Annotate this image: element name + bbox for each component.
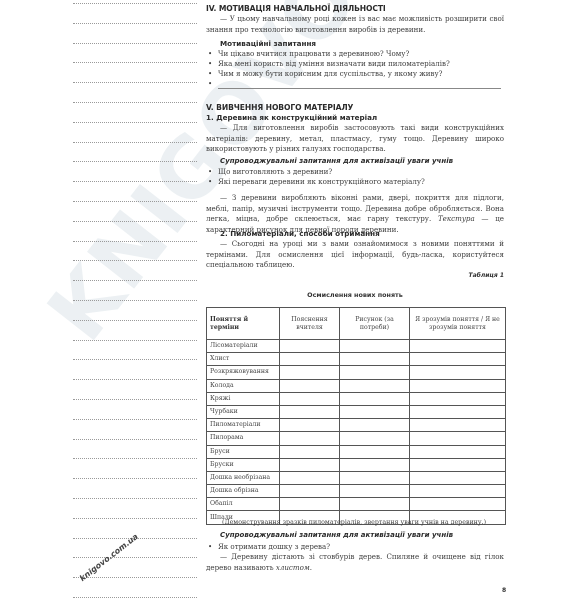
note-line[interactable] — [73, 458, 197, 459]
term-cell: Лісоматеріали — [207, 340, 280, 353]
note-line[interactable] — [73, 142, 197, 143]
understood-cell[interactable] — [410, 498, 506, 511]
explanation-cell[interactable] — [280, 353, 340, 366]
table-row: Лісоматеріали — [207, 340, 506, 353]
note-line[interactable] — [73, 577, 197, 578]
term-cell: Бруси — [207, 445, 280, 458]
note-line[interactable] — [73, 518, 197, 519]
explanation-cell[interactable] — [280, 366, 340, 379]
drawing-cell[interactable] — [340, 366, 410, 379]
note-line[interactable] — [73, 181, 197, 182]
note-line[interactable] — [73, 201, 197, 202]
drawing-cell[interactable] — [340, 379, 410, 392]
table-row: Чурбаки — [207, 405, 506, 418]
understood-cell[interactable] — [410, 458, 506, 471]
explanation-cell[interactable] — [280, 379, 340, 392]
explanation-cell[interactable] — [280, 419, 340, 432]
note-line[interactable] — [73, 221, 197, 222]
explanation-cell[interactable] — [280, 458, 340, 471]
guide-questions-heading: Супроводжувальні запитання для активізац… — [220, 157, 453, 165]
bullet-icon: • — [206, 167, 218, 177]
section-v-heading: V. ВИВЧЕННЯ НОВОГО МАТЕРІАЛУ — [206, 103, 353, 112]
column-header: Я зрозумів поняття / Я не зрозумів понят… — [410, 308, 506, 340]
bullet-icon: • — [206, 59, 218, 69]
note-line[interactable] — [73, 102, 197, 103]
term-cell: Розкряжовування — [207, 366, 280, 379]
term-cell: Пилорама — [207, 432, 280, 445]
drawing-cell[interactable] — [340, 405, 410, 418]
bullet-icon: • — [206, 49, 218, 59]
understood-cell[interactable] — [410, 405, 506, 418]
drawing-cell[interactable] — [340, 353, 410, 366]
question-text: Як отримати дошку з дерева? — [218, 542, 330, 551]
term-cell: Кряжі — [207, 392, 280, 405]
table-row: Обапіл — [207, 498, 506, 511]
understood-cell[interactable] — [410, 340, 506, 353]
note-line[interactable] — [73, 419, 197, 420]
term-cell: Обапіл — [207, 498, 280, 511]
column-header: Поняття й терміни — [207, 308, 280, 340]
question-text: Яка мені користь від уміння визначати ви… — [218, 59, 450, 68]
question-text: Які переваги деревини як конструкційного… — [218, 177, 425, 186]
table-row: Дошка обрізна — [207, 485, 506, 498]
table-row: Колода — [207, 379, 506, 392]
note-line[interactable] — [73, 320, 197, 321]
page-number: 8 — [502, 587, 506, 594]
table-row: Хлист — [207, 353, 506, 366]
question-text: Що виготовляють з деревини? — [218, 167, 332, 176]
drawing-cell[interactable] — [340, 471, 410, 484]
note-line[interactable] — [73, 379, 197, 380]
understood-cell[interactable] — [410, 353, 506, 366]
term-cell: Хлист — [207, 353, 280, 366]
motivation-question: •Яка мені користь від уміння визначати в… — [206, 59, 450, 69]
note-line[interactable] — [73, 260, 197, 261]
subsection-1-heading: 1. Деревина як конструкційний матеріал — [206, 113, 377, 122]
understood-cell[interactable] — [410, 419, 506, 432]
explanation-cell[interactable] — [280, 392, 340, 405]
note-line[interactable] — [73, 340, 197, 341]
note-line[interactable] — [73, 23, 197, 24]
understood-cell[interactable] — [410, 379, 506, 392]
table-row: Пилорама — [207, 432, 506, 445]
understood-cell[interactable] — [410, 392, 506, 405]
table-header-row: Поняття й терміни Пояснення вчителя Рису… — [207, 308, 506, 340]
note-line[interactable] — [73, 557, 197, 558]
subsection-2-paragraph: — Сьогодні на уроці ми з вами ознайомимо… — [206, 239, 504, 271]
answer-text: . — [310, 563, 312, 572]
explanation-cell[interactable] — [280, 471, 340, 484]
note-line[interactable] — [73, 82, 197, 83]
understood-cell[interactable] — [410, 445, 506, 458]
table-row: Дошка необрізана — [207, 471, 506, 484]
drawing-cell[interactable] — [340, 419, 410, 432]
drawing-cell[interactable] — [340, 458, 410, 471]
subsection-2-heading: 2. Пиломатеріали, способи отримання — [220, 229, 380, 238]
note-line[interactable] — [73, 43, 197, 44]
section-iv-intro: — У цьому навчальному році кожен із вас … — [206, 14, 504, 35]
guide-questions-heading: Супроводжувальні запитання для активізац… — [220, 531, 453, 539]
column-header: Рисунок (за потреби) — [340, 308, 410, 340]
drawing-cell[interactable] — [340, 340, 410, 353]
note-line[interactable] — [73, 122, 197, 123]
table-caption: Таблиця 1 — [469, 272, 505, 279]
note-line[interactable] — [73, 161, 197, 162]
demo-note: (Демонстрування зразків пиломатеріалів, … — [222, 519, 486, 526]
guide-question: •Які переваги деревини як конструкційног… — [206, 177, 425, 187]
explanation-cell[interactable] — [280, 485, 340, 498]
guide-question: •Як отримати дошку з дерева? — [206, 542, 330, 552]
note-line[interactable] — [73, 300, 197, 301]
bullet-icon: • — [206, 79, 218, 89]
term-cell: Дошка обрізна — [207, 485, 280, 498]
note-line[interactable] — [73, 399, 197, 400]
note-line[interactable] — [73, 359, 197, 360]
note-line[interactable] — [73, 241, 197, 242]
explanation-cell[interactable] — [280, 445, 340, 458]
understood-cell[interactable] — [410, 366, 506, 379]
question-text: Чим я можу бути корисним для суспільства… — [218, 69, 442, 78]
term-cell: Пиломатеріали — [207, 419, 280, 432]
table-row: Кряжі — [207, 392, 506, 405]
note-line[interactable] — [73, 280, 197, 281]
term-cell: Дошка необрізана — [207, 471, 280, 484]
note-line[interactable] — [73, 597, 197, 598]
answer-blank-line[interactable] — [218, 81, 501, 89]
drawing-cell[interactable] — [340, 485, 410, 498]
table-row: Бруски — [207, 458, 506, 471]
term-cell: Колода — [207, 379, 280, 392]
table-row: Розкряжовування — [207, 366, 506, 379]
note-line[interactable] — [73, 478, 197, 479]
term-cell: Чурбаки — [207, 405, 280, 418]
motivation-question: •Чим я можу бути корисним для суспільств… — [206, 69, 442, 79]
guide-question: •Що виготовляють з деревини? — [206, 167, 332, 177]
terms-table: Поняття й терміни Пояснення вчителя Рису… — [206, 307, 506, 525]
drawing-cell[interactable] — [340, 432, 410, 445]
bullet-icon: • — [206, 177, 218, 187]
note-line[interactable] — [73, 498, 197, 499]
understood-cell[interactable] — [410, 485, 506, 498]
column-header: Пояснення вчителя — [280, 308, 340, 340]
answer-text: — Деревину дістають зі стовбурів дерев. … — [206, 552, 504, 572]
explanation-cell[interactable] — [280, 340, 340, 353]
motivation-heading: Мотиваційні запитання — [220, 39, 316, 48]
table-title: Осмислення нових понять — [206, 291, 504, 299]
subsection-2-answer: — Деревину дістають зі стовбурів дерев. … — [206, 552, 504, 573]
table-row: Бруси — [207, 445, 506, 458]
explanation-cell[interactable] — [280, 498, 340, 511]
motivation-question-blank: • — [206, 79, 501, 89]
table-row: Пиломатеріали — [207, 419, 506, 432]
question-text: Чи цікаво вчитися працювати з деревиною?… — [218, 49, 409, 58]
term-highlight: Текстура — [438, 214, 475, 223]
note-line[interactable] — [73, 62, 197, 63]
term-cell: Бруски — [207, 458, 280, 471]
understood-cell[interactable] — [410, 471, 506, 484]
section-iv-heading: IV. МОТИВАЦІЯ НАВЧАЛЬНОЇ ДІЯЛЬНОСТІ — [206, 4, 386, 13]
bullet-icon: • — [206, 69, 218, 79]
drawing-cell[interactable] — [340, 392, 410, 405]
explanation-cell[interactable] — [280, 405, 340, 418]
explanation-cell[interactable] — [280, 432, 340, 445]
motivation-question: •Чи цікаво вчитися працювати з деревиною… — [206, 49, 409, 59]
understood-cell[interactable] — [410, 432, 506, 445]
drawing-cell[interactable] — [340, 498, 410, 511]
note-line[interactable] — [73, 439, 197, 440]
subsection-1-paragraph: — Для виготовлення виробів застосовують … — [206, 123, 504, 155]
term-highlight: хлистом — [276, 563, 310, 572]
bullet-icon: • — [206, 542, 218, 552]
note-line[interactable] — [73, 3, 197, 4]
drawing-cell[interactable] — [340, 445, 410, 458]
